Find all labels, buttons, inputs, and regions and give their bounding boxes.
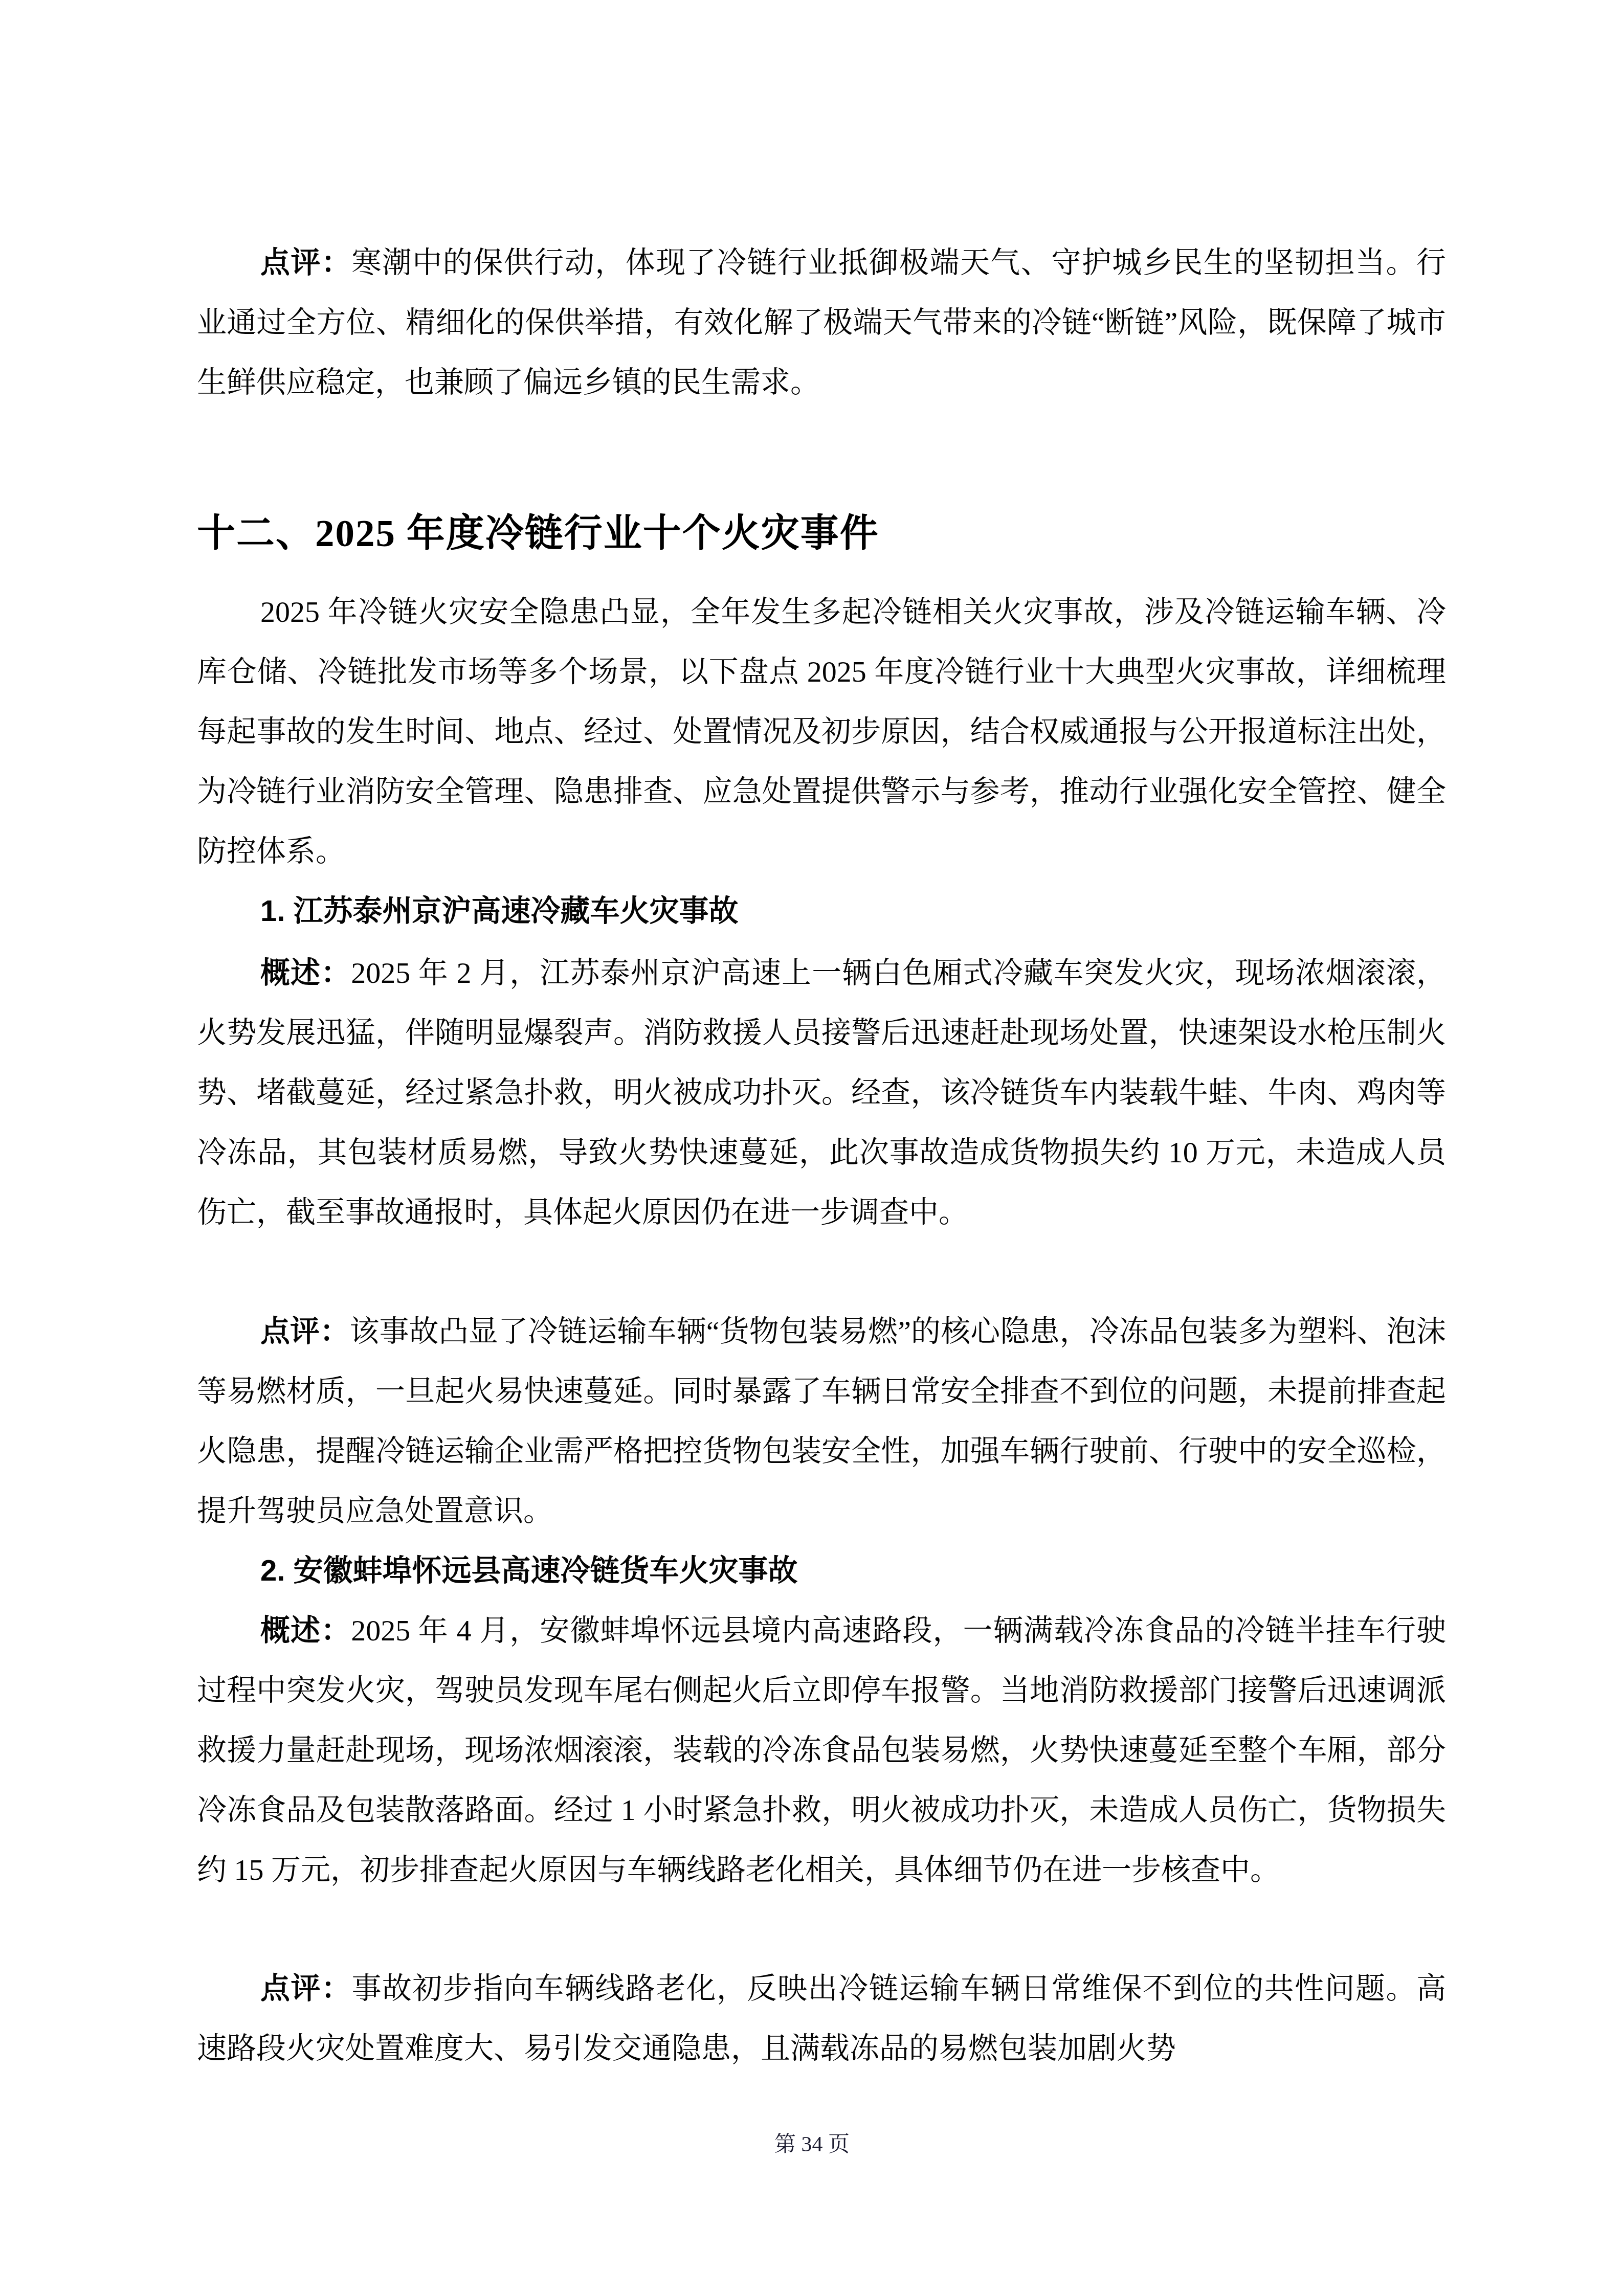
overview-label: 概述： xyxy=(260,1614,351,1647)
comment-text: 事故初步指向车辆线路老化，反映出冷链运输车辆日常维保不到位的共性问题。高速路段火… xyxy=(197,1972,1446,2065)
comment-text: 该事故凸显了冷链运输车辆“货物包装易燃”的核心隐患，冷冻品包装多为塑料、泡沫等易… xyxy=(197,1315,1446,1527)
comment-paragraph-coldwave: 点评：寒潮中的保供行动，体现了冷链行业抵御极端天气、守护城乡民生的坚韧担当。行业… xyxy=(197,233,1446,412)
overview-text: 2025 年 4 月，安徽蚌埠怀远县境内高速路段，一辆满载冷冻食品的冷链半挂车行… xyxy=(197,1614,1446,1886)
incident-2-comment-paragraph: 点评：事故初步指向车辆线路老化，反映出冷链运输车辆日常维保不到位的共性问题。高速… xyxy=(197,1959,1446,2078)
incident-2-overview-paragraph: 概述：2025 年 4 月，安徽蚌埠怀远县境内高速路段，一辆满载冷冻食品的冷链半… xyxy=(197,1601,1446,1900)
intro-paragraph: 2025 年冷链火灾安全隐患凸显，全年发生多起冷链相关火灾事故，涉及冷链运输车辆… xyxy=(197,582,1446,881)
comment-text: 寒潮中的保供行动，体现了冷链行业抵御极端天气、守护城乡民生的坚韧担当。行业通过全… xyxy=(197,246,1446,399)
overview-text: 2025 年 2 月，江苏泰州京沪高速上一辆白色厢式冷藏车突发火灾，现场浓烟滚滚… xyxy=(197,956,1446,1229)
incident-2-heading: 2. 安徽蚌埠怀远县高速冷链货车火灾事故 xyxy=(197,1541,1446,1601)
comment-label: 点评： xyxy=(260,1972,351,2005)
document-page: 点评：寒潮中的保供行动，体现了冷链行业抵御极端天气、守护城乡民生的坚韧担当。行业… xyxy=(0,0,1624,2296)
page-number-footer: 第 34 页 xyxy=(0,2129,1624,2160)
section-heading-chapter-12: 十二、2025 年度冷链行业十个火灾事件 xyxy=(197,507,1446,560)
overview-label: 概述： xyxy=(260,956,351,989)
comment-label: 点评： xyxy=(260,246,351,279)
comment-label: 点评： xyxy=(260,1315,349,1348)
incident-1-comment-paragraph: 点评：该事故凸显了冷链运输车辆“货物包装易燃”的核心隐患，冷冻品包装多为塑料、泡… xyxy=(197,1301,1446,1541)
incident-1-overview-paragraph: 概述：2025 年 2 月，江苏泰州京沪高速上一辆白色厢式冷藏车突发火灾，现场浓… xyxy=(197,943,1446,1242)
incident-1-heading: 1. 江苏泰州京沪高速冷藏车火灾事故 xyxy=(197,881,1446,941)
